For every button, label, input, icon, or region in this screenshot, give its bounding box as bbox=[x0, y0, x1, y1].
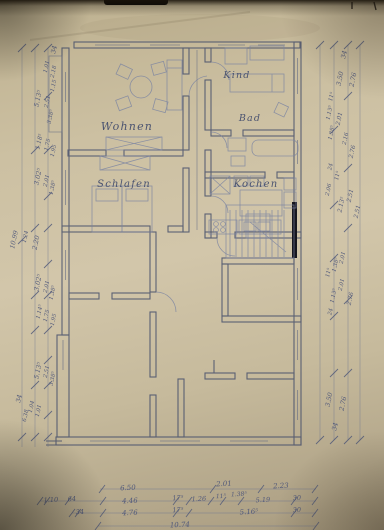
room-label-schlafen: Schlafen bbox=[97, 179, 151, 190]
furniture bbox=[92, 46, 298, 234]
dim-label: 1.13⁵ bbox=[325, 104, 335, 120]
dim-label: 3.38⁵ bbox=[46, 108, 56, 124]
paper-artifacts bbox=[30, 2, 376, 42]
dim-label: 2.20 bbox=[30, 235, 41, 252]
dim-label: 2.76 bbox=[346, 291, 356, 307]
dim-label: 2.16 bbox=[342, 132, 351, 147]
dim-label: 2.51 bbox=[346, 188, 356, 204]
dim-label: 2.76 bbox=[337, 396, 348, 413]
dim-label: 1.38⁵ bbox=[231, 491, 248, 499]
dim-label: 1.95 bbox=[50, 144, 59, 158]
dim-label: 2.13⁵ bbox=[336, 196, 346, 214]
windows bbox=[63, 45, 298, 441]
dim-label: 30 bbox=[293, 506, 302, 514]
dim-label: 2.76 bbox=[348, 144, 358, 160]
dim-label: 1.10 bbox=[43, 496, 58, 505]
room-label-kind: Kind bbox=[222, 70, 250, 81]
dim-label: 5.19 bbox=[255, 496, 270, 505]
dim-label: 1.01 bbox=[43, 60, 51, 73]
dim-label: 1.01 bbox=[35, 404, 43, 417]
dim-label: 64 bbox=[68, 495, 77, 503]
dim-label: 2.51 bbox=[44, 95, 53, 109]
floorplan-drawing: 341.012.181.155.13⁵2.513.38⁵1.18⁵1.751.9… bbox=[0, 0, 384, 530]
dim-label: 34 bbox=[339, 50, 349, 60]
dim-label: 2.51 bbox=[353, 204, 363, 220]
pen-marks bbox=[352, 2, 376, 10]
dim-label: 10.74 bbox=[170, 520, 190, 529]
dim-label: 3.02⁵ bbox=[32, 273, 43, 292]
scanned-floorplan-photo: 341.012.181.155.13⁵2.513.38⁵1.18⁵1.751.9… bbox=[0, 0, 384, 530]
dim-label: 10.99 bbox=[8, 230, 20, 250]
dim-label: 6.50 bbox=[120, 484, 137, 493]
dim-label: 4.46 bbox=[121, 497, 139, 506]
dim-label: 34 bbox=[76, 508, 85, 516]
dim-label: 1.13⁵ bbox=[329, 287, 339, 303]
staircase bbox=[226, 205, 294, 258]
dim-label: 2.23 bbox=[272, 482, 290, 491]
walls bbox=[46, 42, 301, 445]
dim-label: 5.13⁵ bbox=[32, 89, 43, 108]
dim-label: 1.38⁵ bbox=[327, 124, 337, 140]
dim-label: 24 bbox=[327, 162, 335, 172]
dim-label: 1.15 bbox=[50, 79, 59, 93]
dim-label: 2.01 bbox=[215, 480, 232, 489]
dimension-labels-left: 341.012.181.155.13⁵2.513.38⁵1.18⁵1.751.9… bbox=[8, 45, 59, 423]
dimension-lines bbox=[22, 45, 360, 526]
dim-label: 1.26 bbox=[191, 495, 206, 504]
dim-label: 11⁵ bbox=[333, 170, 342, 181]
dim-label: 1.24 bbox=[22, 230, 31, 244]
dim-label: 6.38 bbox=[22, 409, 31, 423]
dim-label: 3.02⁵ bbox=[32, 167, 43, 186]
dim-label: 11⁵ bbox=[327, 91, 336, 102]
door-arcs bbox=[156, 62, 235, 312]
dim-label: 4.76 bbox=[121, 509, 139, 518]
dim-label: 17⁵ bbox=[172, 506, 184, 515]
dim-label: 5.16⁵ bbox=[239, 508, 258, 517]
dim-label: 34 bbox=[14, 394, 24, 404]
dim-label: 1.95 bbox=[50, 313, 59, 327]
dim-label: 2.18 bbox=[50, 65, 59, 80]
dim-label: 3.50 bbox=[324, 392, 335, 408]
dim-label: 17⁵ bbox=[172, 494, 184, 503]
dim-label: 30 bbox=[293, 494, 302, 502]
dim-label: 34 bbox=[49, 45, 59, 55]
dim-label: 24 bbox=[327, 307, 335, 317]
dim-label: 2.01 bbox=[338, 278, 347, 292]
room-label-bad: Bad bbox=[238, 113, 261, 124]
chimney-solid-wall bbox=[292, 202, 297, 258]
dim-label: 2.01 bbox=[335, 111, 345, 127]
photo-edge-artifact bbox=[104, 0, 168, 5]
dim-label: 11⁵ bbox=[216, 493, 227, 501]
dim-label: 2.76 bbox=[347, 72, 358, 89]
dim-label: 2.06 bbox=[325, 183, 334, 198]
room-label-kochen: Kochen bbox=[233, 179, 279, 190]
dim-label: 3.50 bbox=[335, 71, 346, 87]
dimension-ticks bbox=[18, 41, 364, 530]
room-label-wohnen: Wohnen bbox=[101, 120, 153, 133]
dimension-labels-right: 343.502.7611⁵1.13⁵2.011.38⁵2.162.762411⁵… bbox=[324, 50, 363, 432]
dim-label: 1.18⁵ bbox=[34, 133, 44, 150]
dim-label: 34 bbox=[330, 422, 340, 432]
